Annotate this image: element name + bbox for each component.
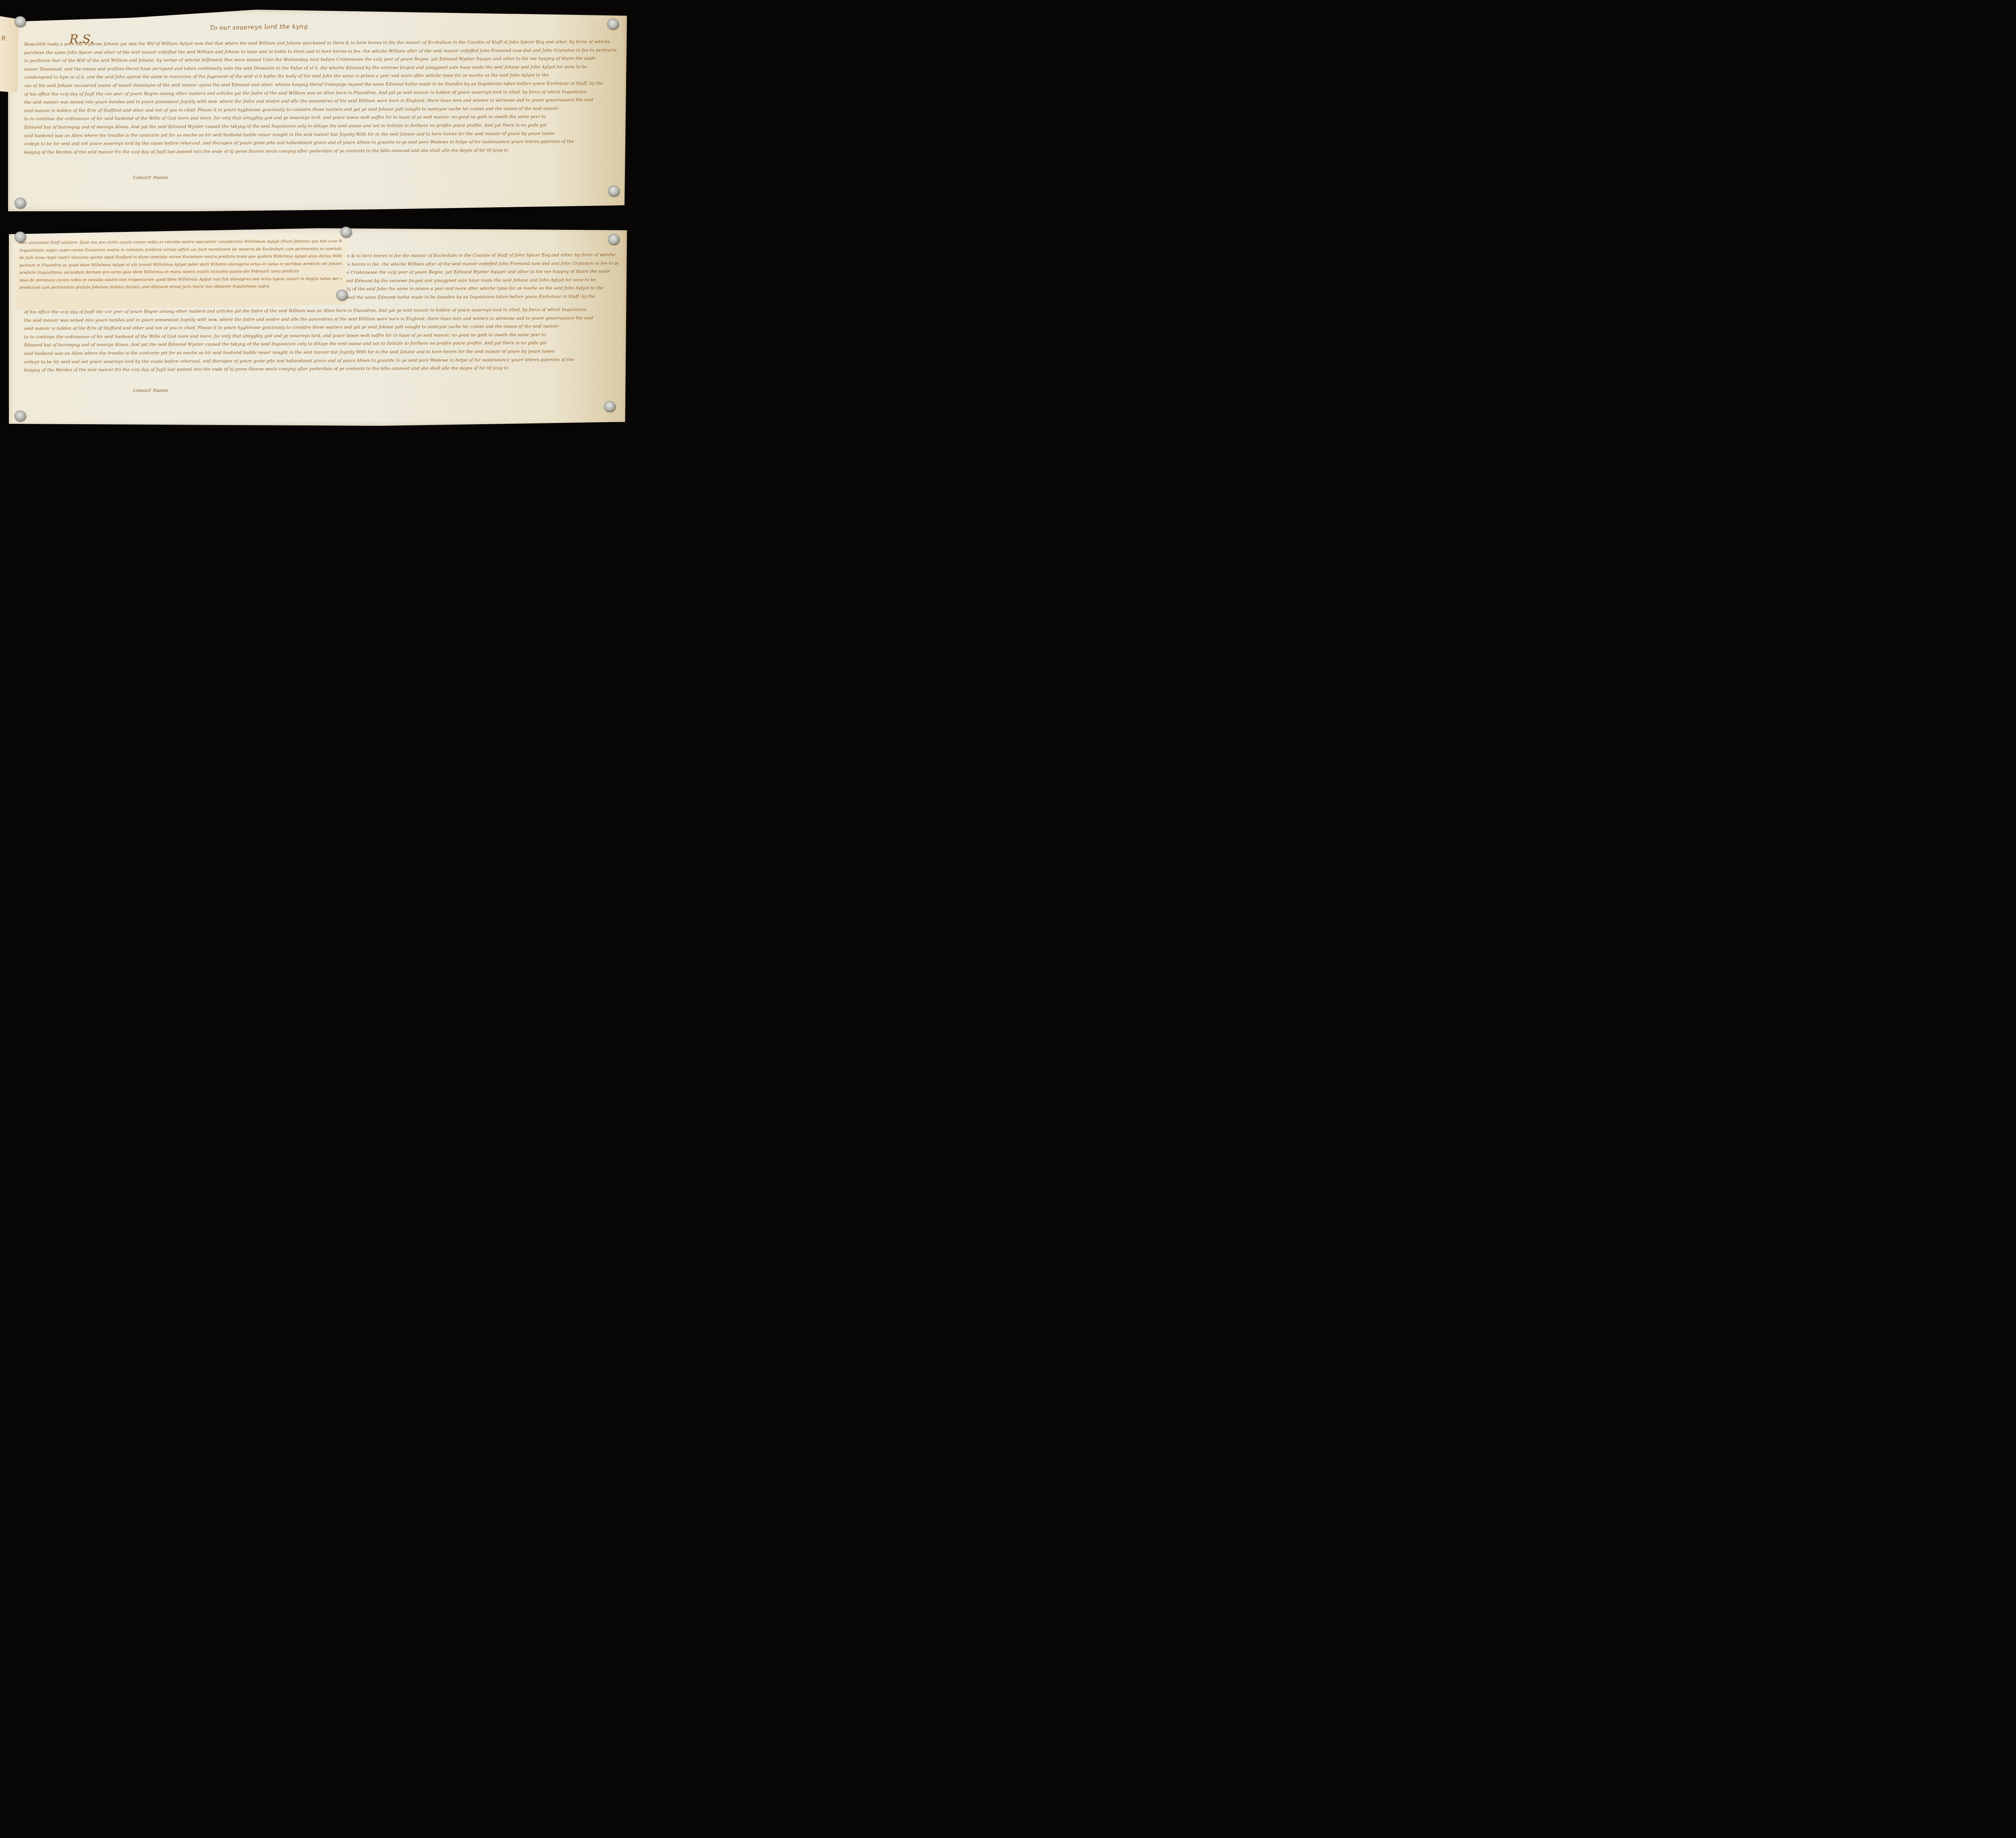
bottom-petition-partial-lines: hem & to here heires in fee the manoir o… (340, 252, 619, 302)
magnet-weight-icon (608, 234, 619, 244)
left-slip-mark: R (1, 35, 6, 42)
petition-line: fore Cristemesse the xxiij yeer of youre… (340, 267, 619, 277)
latin-writ-body: Rex vicecomiti Staff salutem. Quia nos p… (19, 240, 342, 292)
top-petition-body: Besechith lowly a pore old Wydewe Johane… (24, 40, 617, 156)
magnet-weight-icon (15, 16, 26, 27)
magnet-weight-icon (15, 231, 26, 242)
petition-line: kepyng of the Wardes of the seid manoir … (24, 364, 508, 375)
petition-line: myned the same Edmond hathe made to be f… (340, 292, 619, 302)
writ-line: ipsis de premissis coram nobis et consil… (19, 275, 342, 284)
writ-line: predictum cum pertinentiis prefate Johan… (19, 283, 269, 292)
magnet-weight-icon (15, 411, 26, 421)
magnet-weight-icon (15, 198, 26, 208)
petition-line: hem & to here heires in fee the manoir o… (340, 251, 619, 260)
attached-latin-writ-slip: Rex vicecomiti Staff salutem. Quia nos p… (15, 234, 347, 309)
petition-line: body of the seid John the same in prison… (340, 284, 619, 294)
clerk-signature: Conuict' Paston (133, 388, 168, 393)
magnet-weight-icon (336, 290, 348, 300)
petition-line: kepyng of the Wardes of the seid manoir … (24, 146, 508, 156)
magnet-weight-icon (604, 401, 615, 411)
clerk-signature: Conuict' Paston (133, 175, 168, 180)
bottom-petition-body: of his office the xxvj day of Juyll the … (24, 308, 617, 375)
magnet-weight-icon (608, 185, 619, 196)
magnet-weight-icon (340, 227, 352, 237)
magnet-weight-icon (607, 19, 619, 29)
left-edge-slip: R (0, 16, 19, 93)
